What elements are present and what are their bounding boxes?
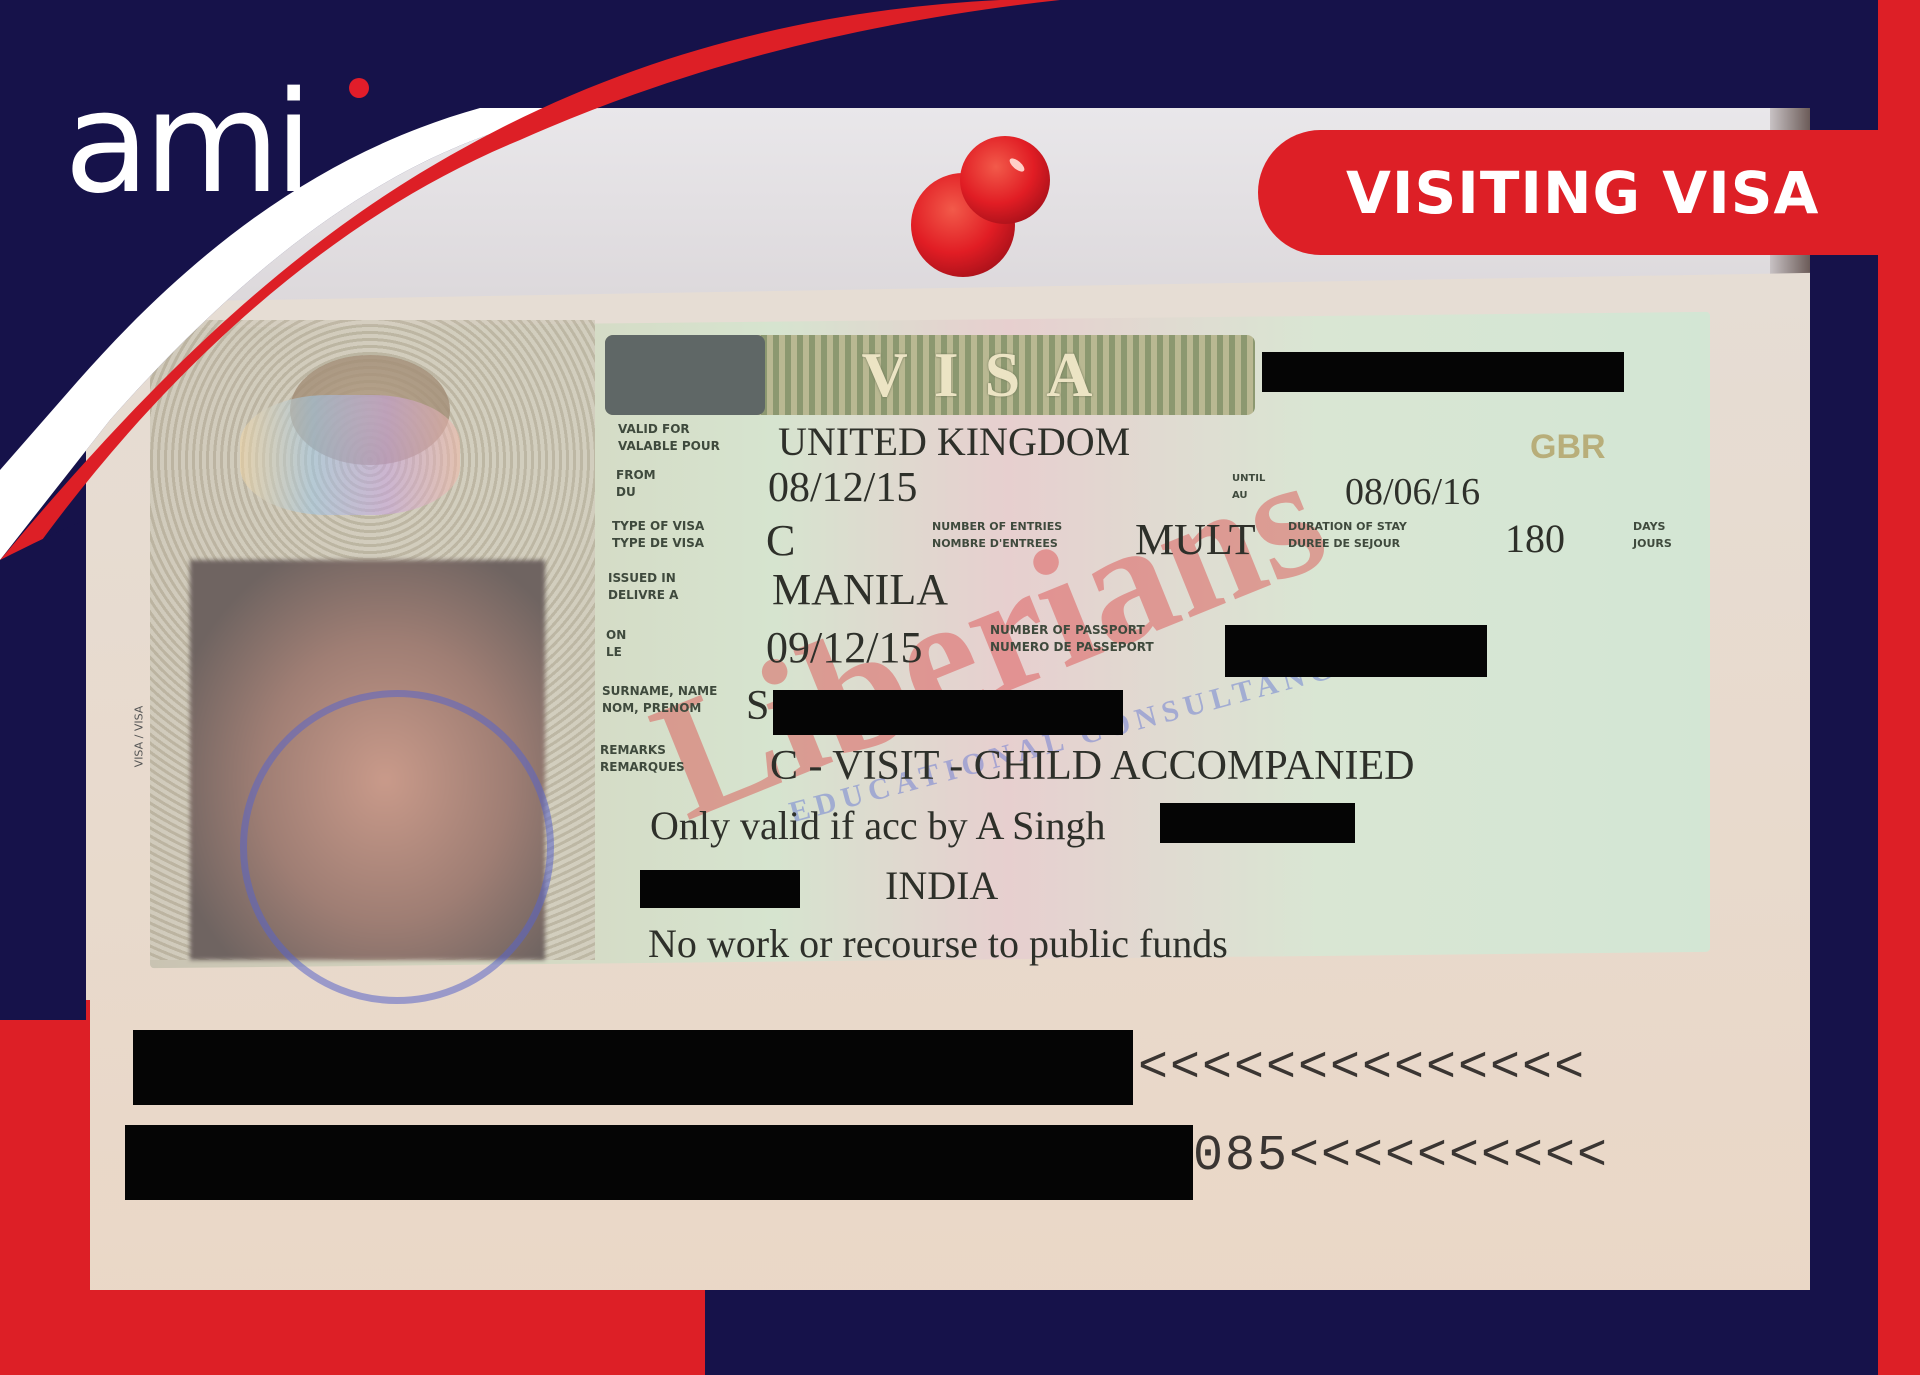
redaction-bar [1160, 803, 1355, 843]
redaction-bar [1225, 625, 1487, 677]
until-value: 08/06/16 [1345, 470, 1480, 514]
logo-dot-icon [349, 78, 369, 98]
mrz-redaction-2 [125, 1125, 1193, 1200]
duration-value: 180 [1505, 515, 1565, 562]
mrz-redaction-1 [133, 1030, 1133, 1105]
country-code: GBR [1530, 428, 1606, 467]
mrz-line-1: <<<<<<<<<<<<<< [1138, 1040, 1586, 1097]
frame-red-block [0, 1290, 705, 1375]
visiting-visa-badge: VISITING VISA [1258, 130, 1898, 255]
until-label: UNTIL AU [1232, 470, 1265, 504]
redaction-bar [1262, 352, 1624, 392]
badge-label: VISITING VISA [1346, 159, 1819, 227]
pushpin-icon [905, 130, 1065, 280]
entries-value: MULT [1135, 514, 1256, 565]
brand-logo: ami [64, 74, 307, 214]
logo-text: ami [64, 74, 307, 214]
duration-label: DURATION OF STAY DUREE DE SEJOUR [1288, 518, 1407, 552]
mrz-line-2: 085<<<<<<<<<< [1193, 1128, 1609, 1185]
days-label: DAYS JOURS [1633, 518, 1672, 552]
